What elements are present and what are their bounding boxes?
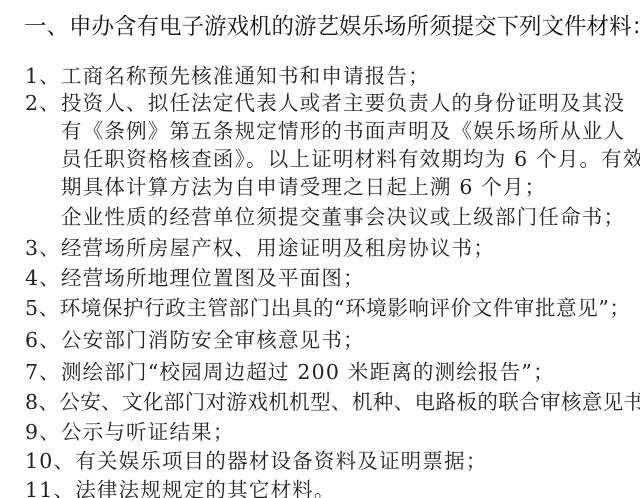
item-number: 6、 bbox=[25, 326, 61, 354]
item-number: 8、 bbox=[25, 388, 59, 416]
item-text: 工商名称预先核准通知书和申请报告； bbox=[61, 64, 430, 88]
list-item-2-continuation-1: 有《条例》第五条规定情形的书面声明及《娱乐场所从业人 bbox=[61, 117, 625, 145]
list-item-7: 7、测绘部门“校园周边超过 200 米距离的测绘报告”； bbox=[25, 358, 555, 386]
list-item-4: 4、经营场所地理位置图及平面图； bbox=[25, 264, 365, 292]
item-text: 公安、文化部门对游戏机机型、机种、电路板的联合审核意见书； bbox=[59, 390, 640, 414]
list-item-11: 11、法律法规规定的其它材料。 bbox=[25, 476, 336, 498]
item-text: 环境保护行政主管部门出具的“环境影响评价文件审批意见”； bbox=[60, 296, 631, 320]
item-number: 10、 bbox=[25, 447, 75, 475]
list-item-1: 1、工商名称预先核准通知书和申请报告； bbox=[25, 62, 430, 90]
list-item-9: 9、公示与听证结果； bbox=[25, 418, 235, 446]
item-text: 测绘部门“校园周边超过 200 米距离的测绘报告”； bbox=[61, 360, 555, 384]
list-item-2: 2、投资人、拟任法定代表人或者主要负责人的身份证明及其没 bbox=[25, 89, 625, 117]
list-item-6: 6、公安部门消防安全审核意见书； bbox=[25, 326, 365, 354]
list-item-8: 8、公安、文化部门对游戏机机型、机种、电路板的联合审核意见书； bbox=[25, 388, 640, 416]
item-text: 期具体计算方法为自申请受理之日起上溯 6 个月； bbox=[61, 175, 546, 199]
item-number: 1、 bbox=[25, 62, 61, 90]
item-number: 7、 bbox=[25, 358, 61, 386]
list-item-3: 3、经营场所房屋产权、用途证明及租房协议书； bbox=[25, 234, 495, 262]
list-item-2-continuation-3: 期具体计算方法为自申请受理之日起上溯 6 个月； bbox=[61, 173, 546, 201]
section-heading: 一、申办含有电子游戏机的游艺娱乐场所须提交下列文件材料： bbox=[24, 10, 640, 44]
item-text: 有关娱乐项目的器材设备资料及证明票据； bbox=[75, 449, 487, 473]
item-text: 法律法规规定的其它材料。 bbox=[75, 478, 335, 498]
list-item-5: 5、环境保护行政主管部门出具的“环境影响评价文件审批意见”； bbox=[25, 294, 631, 322]
item-text: 公安部门消防安全审核意见书； bbox=[61, 328, 365, 352]
item-text: 投资人、拟任法定代表人或者主要负责人的身份证明及其没 bbox=[61, 91, 625, 115]
list-item-2-continuation-4: 企业性质的经营单位须提交董事会决议或上级部门任命书； bbox=[61, 203, 625, 231]
item-text: 有《条例》第五条规定情形的书面声明及《娱乐场所从业人 bbox=[61, 119, 625, 143]
item-number: 4、 bbox=[25, 264, 61, 292]
item-text: 公示与听证结果； bbox=[61, 420, 235, 444]
item-number: 11、 bbox=[25, 476, 75, 498]
item-text: 经营场所房屋产权、用途证明及租房协议书； bbox=[61, 236, 495, 260]
item-number: 5、 bbox=[25, 294, 60, 322]
item-number: 9、 bbox=[25, 418, 61, 446]
item-number: 3、 bbox=[25, 234, 61, 262]
item-text: 经营场所地理位置图及平面图； bbox=[61, 266, 365, 290]
item-text: 企业性质的经营单位须提交董事会决议或上级部门任命书； bbox=[61, 205, 625, 229]
item-number: 2、 bbox=[25, 89, 61, 117]
item-text: 员任职资格核查函》。以上证明材料有效期均为 6 个月。有效 bbox=[61, 147, 640, 171]
list-item-10: 10、有关娱乐项目的器材设备资料及证明票据； bbox=[25, 447, 488, 475]
list-item-2-continuation-2: 员任职资格核查函》。以上证明材料有效期均为 6 个月。有效 bbox=[61, 145, 640, 173]
